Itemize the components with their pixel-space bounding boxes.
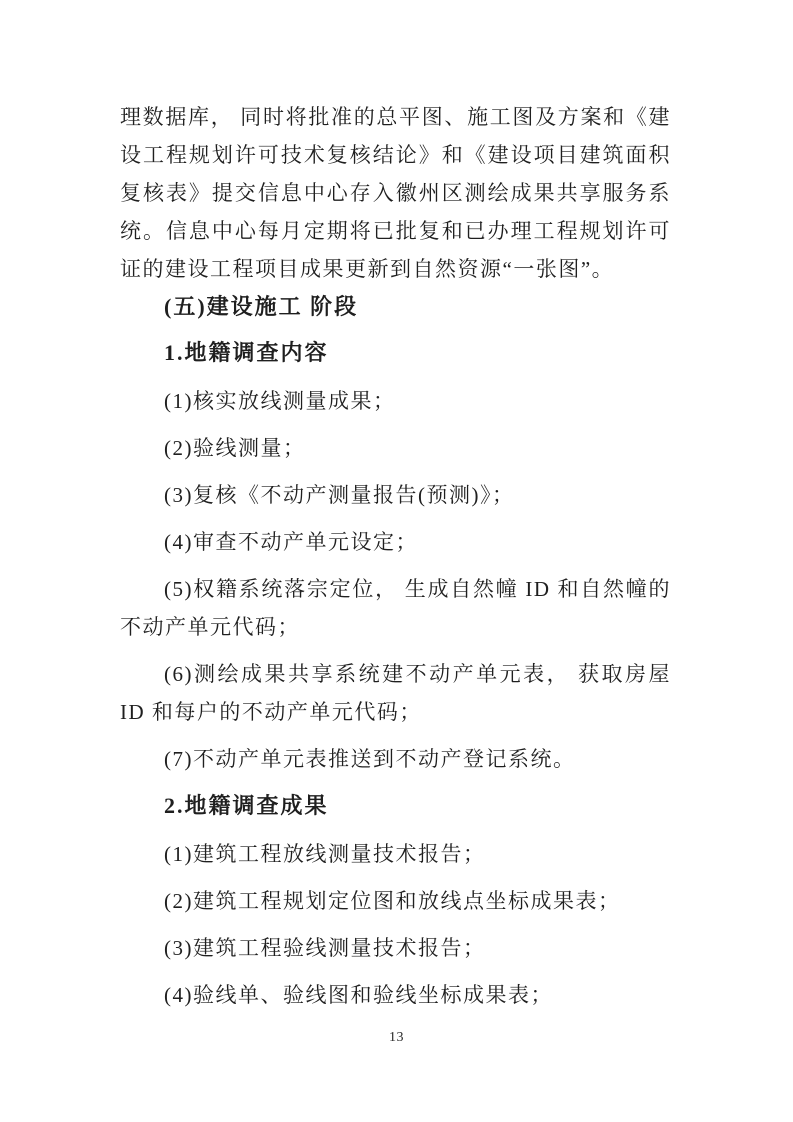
document-content: 理数据库， 同时将批准的总平图、施工图及方案和《建设工程规划许可技术复核结论》和… bbox=[120, 98, 671, 1023]
list-item: (2)建筑工程规划定位图和放线点坐标成果表； bbox=[120, 882, 671, 920]
list-item: (1)建筑工程放线测量技术报告； bbox=[120, 835, 671, 873]
list-item: (5)权籍系统落宗定位， 生成自然幢 ID 和自然幢的不动产单元代码； bbox=[120, 570, 671, 646]
list-item: (6)测绘成果共享系统建不动产单元表， 获取房屋 ID 和每户的不动产单元代码； bbox=[120, 655, 671, 731]
document-page: 理数据库， 同时将批准的总平图、施工图及方案和《建设工程规划许可技术复核结论》和… bbox=[0, 0, 793, 1122]
list-item: (4)审查不动产单元设定； bbox=[120, 523, 671, 561]
continuation-paragraph: 理数据库， 同时将批准的总平图、施工图及方案和《建设工程规划许可技术复核结论》和… bbox=[120, 98, 671, 288]
list-item: (2)验线测量； bbox=[120, 429, 671, 467]
list-item: (3)复核《不动产测量报告(预测)》； bbox=[120, 476, 671, 514]
list-item: (3)建筑工程验线测量技术报告； bbox=[120, 929, 671, 967]
section-heading-construction-stage: (五)建设施工 阶段 bbox=[120, 288, 671, 326]
list-item: (7)不动产单元表推送到不动产登记系统。 bbox=[120, 740, 671, 778]
subsection-heading-cadastral-survey-results: 2.地籍调查成果 bbox=[120, 787, 671, 825]
list-item: (1)核实放线测量成果； bbox=[120, 382, 671, 420]
page-number: 13 bbox=[0, 1030, 793, 1046]
list-item: (4)验线单、验线图和验线坐标成果表； bbox=[120, 976, 671, 1014]
subsection-heading-cadastral-survey-content: 1.地籍调查内容 bbox=[120, 334, 671, 372]
